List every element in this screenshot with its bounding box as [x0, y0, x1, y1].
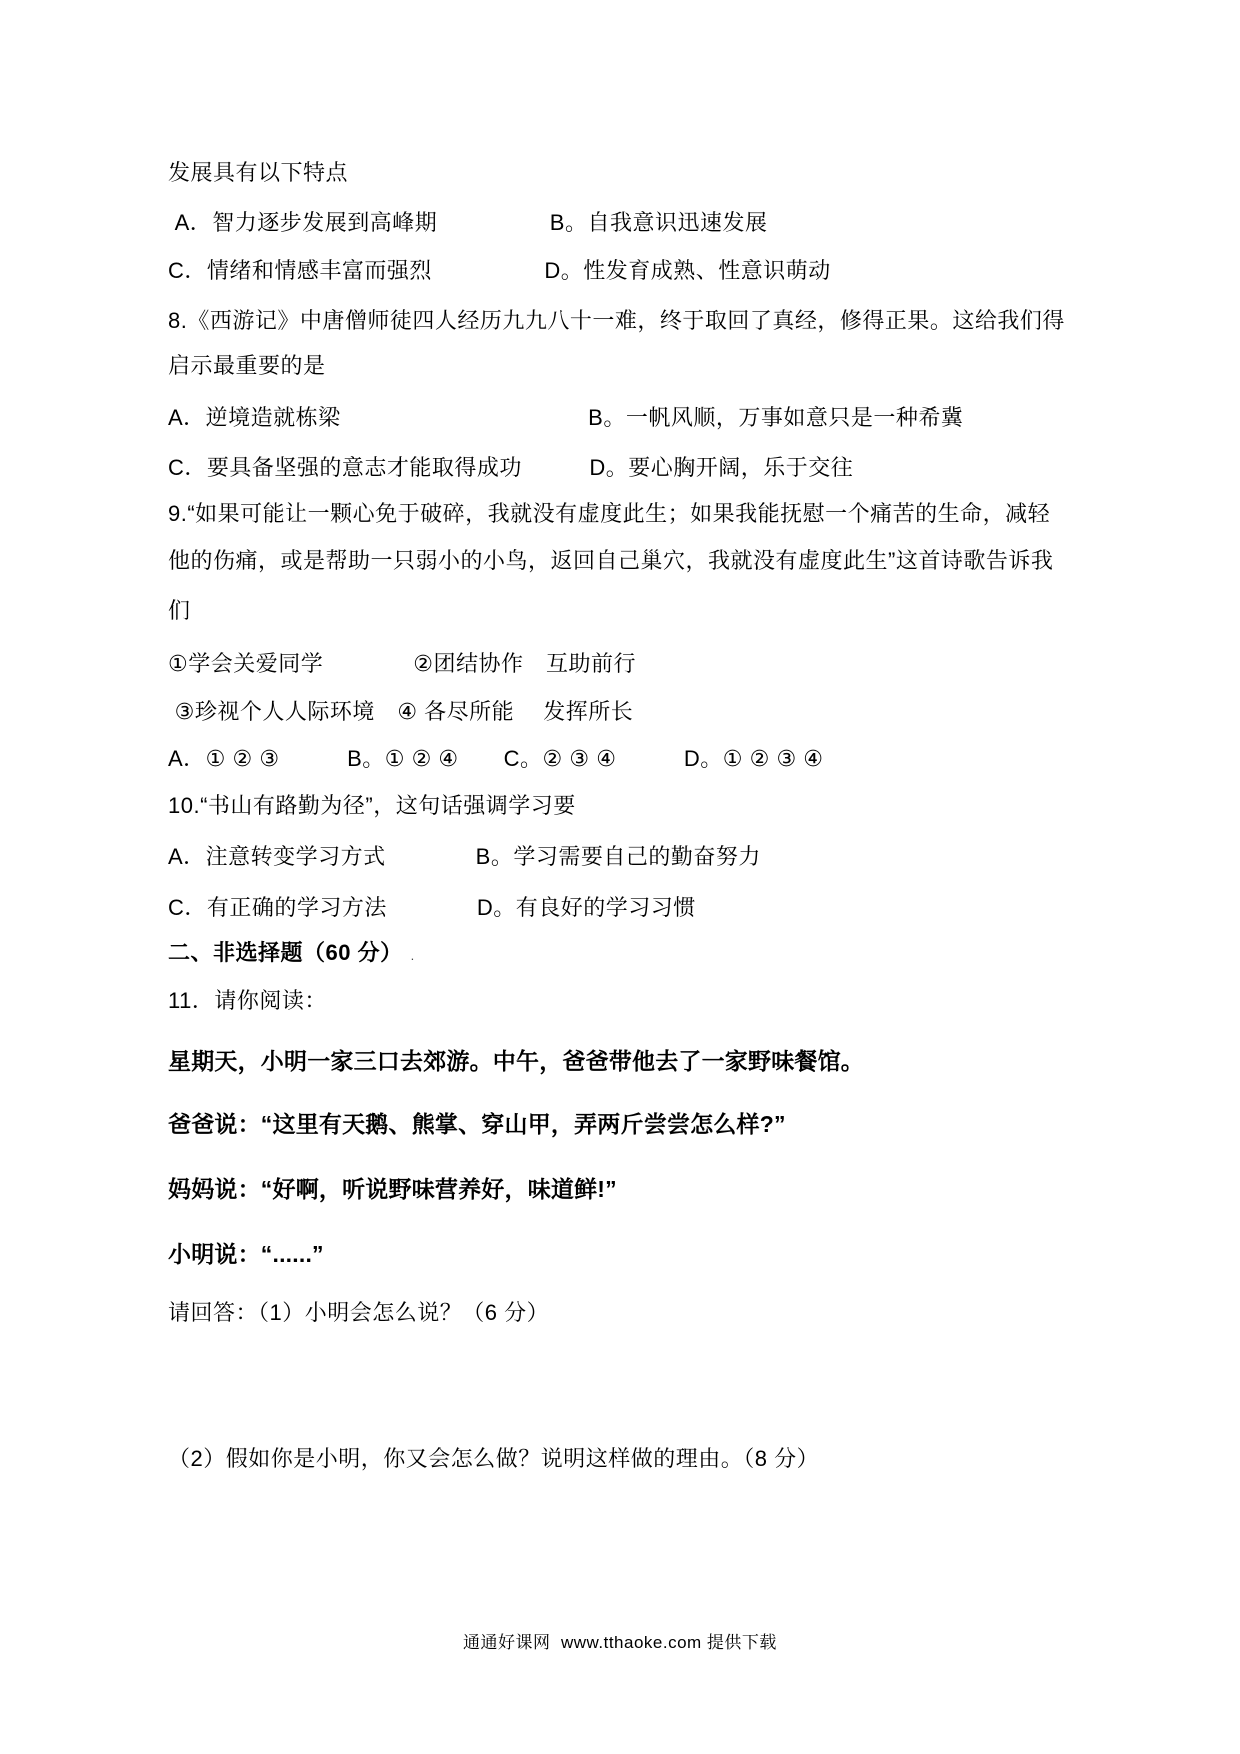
section2-header-text: 二、非选择题（60 分） [168, 940, 403, 965]
q10-options-ab: A．注意转变学习方式 B。学习需要自己的勤奋努力 [168, 843, 761, 870]
q11-subquestion-2: （2）假如你是小明，你又会怎么做？说明这样做的理由。（8 分） [168, 1445, 819, 1472]
q8-options-cd: C．要具备坚强的意志才能取得成功 D。要心胸开阔，乐于交往 [168, 454, 853, 481]
section2-header: 二、非选择题（60 分）. [168, 939, 415, 969]
q8-stem-line2: 启示最重要的是 [168, 352, 326, 379]
q9-choices-abcd: A．① ② ③ B。① ② ④ C。② ③ ④ D。① ② ③ ④ [168, 745, 824, 772]
q9-stem-line2: 他的伤痛，或是帮助一只弱小的小鸟，返回自己巢穴，我就没有虚度此生”这首诗歌告诉我 [168, 547, 1053, 574]
q9-items-1-2: ①学会关爱同学 ②团结协作 互助前行 [168, 650, 636, 677]
q11-intro: 11．请你阅读： [168, 987, 327, 1014]
q11-passage-xiaoming: 小明说：“......” [168, 1241, 324, 1268]
q8-options-ab: A．逆境造就栋梁 B。一帆风顺，万事如意只是一种希冀 [168, 404, 963, 431]
q9-items-3-4: ③珍视个人人际环境 ④ 各尽所能 发挥所长 [168, 698, 633, 725]
q11-passage-mother: 妈妈说：“好啊，听说野味营养好，味道鲜!” [168, 1176, 617, 1203]
q9-stem-line1: 9.“如果可能让一颗心免于破碎，我就没有虚度此生；如果我能抚慰一个痛苦的生命，减… [168, 500, 1050, 527]
q9-stem-line3: 们 [168, 597, 191, 624]
q7-options-cd: C．情绪和情感丰富而强烈 D。性发育成熟、性意识萌动 [168, 257, 831, 284]
stray-period: . [411, 948, 415, 963]
q10-options-cd: C．有正确的学习方法 D。有良好的学习习惯 [168, 894, 696, 921]
footer-watermark: 通通好课网 www.tthaoke.com 提供下载 [0, 1628, 1240, 1653]
q7-stem-continuation: 发展具有以下特点 [168, 159, 348, 186]
q8-stem-line1: 8.《西游记》中唐僧师徒四人经历九九八十一难，终于取回了真经，修得正果。这给我们… [168, 307, 1065, 334]
q7-options-ab: A．智力逐步发展到高峰期 B。自我意识迅速发展 [168, 209, 767, 236]
q11-passage-father: 爸爸说：“这里有天鹅、熊掌、穿山甲，弄两斤尝尝怎么样?” [168, 1111, 786, 1138]
exam-document-page: 发展具有以下特点 A．智力逐步发展到高峰期 B。自我意识迅速发展 C．情绪和情感… [0, 0, 1240, 1754]
q11-subquestion-1: 请回答：（1）小明会怎么说？（6 分） [168, 1299, 549, 1326]
q11-passage-narration: 星期天，小明一家三口去郊游。中午，爸爸带他去了一家野味餐馆。 [168, 1048, 864, 1075]
q10-stem: 10.“书山有路勤为径”，这句话强调学习要 [168, 792, 576, 819]
